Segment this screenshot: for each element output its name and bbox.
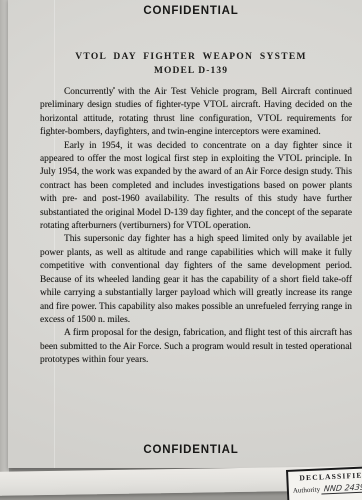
classification-banner-top: CONFIDENTIAL bbox=[20, 5, 362, 17]
authority-handwritten-number: NND 24394 bbox=[321, 482, 362, 494]
scanned-document-photo: { "page": { "classification_top": "CONFI… bbox=[0, 0, 362, 500]
classification-banner-bottom: CONFIDENTIAL bbox=[20, 444, 362, 456]
document-model-subtitle: MODEL D-139 bbox=[20, 66, 362, 76]
document-title: VTOL DAY FIGHTER WEAPON SYSTEM bbox=[20, 52, 362, 62]
declassified-stamp: DECLASSIFIED Authority NND 24394 bbox=[286, 466, 362, 500]
authority-label: Authority bbox=[293, 486, 321, 495]
document-body: Concurrently with the Air Test Vehicle p… bbox=[40, 86, 352, 368]
declassified-stamp-title: DECLASSIFIED bbox=[292, 470, 362, 483]
paragraph: This supersonic day fighter has a high s… bbox=[40, 233, 352, 327]
declassified-stamp-authority: Authority NND 24394 bbox=[293, 482, 362, 496]
paragraph: A firm proposal for the design, fabricat… bbox=[40, 327, 352, 367]
paragraph: Concurrently with the Air Test Vehicle p… bbox=[40, 86, 352, 140]
paragraph: Early in 1954, it was decided to concent… bbox=[40, 140, 352, 234]
